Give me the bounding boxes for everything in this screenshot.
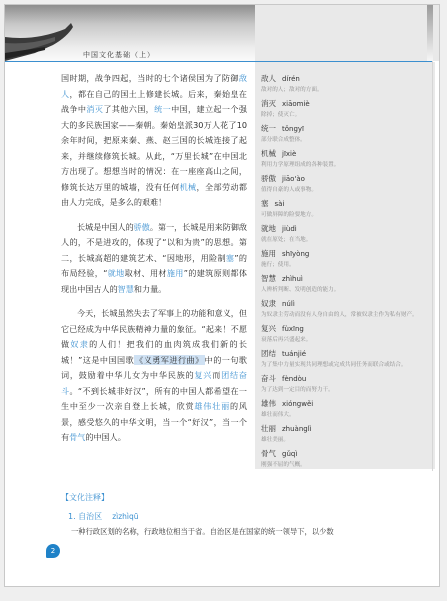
glossary-definition: 为了达到一定目的而努力干。 [261,385,433,396]
glossary-entry: 统一tǒngyī部分联合成整体。 [261,123,433,146]
glossary-word: 雄伟壮丽 [194,401,230,411]
glossary-entry: 塞sài可做屏障的险要地方。 [261,198,433,221]
header-edge-strip [427,5,433,61]
glossary-term: 施用shīyòng [261,248,433,260]
glossary-term: 团结tuánjié [261,348,433,360]
glossary-term-word: 统一 [261,124,276,133]
text-run: 了其他六国， [103,104,154,114]
text-run: 中国，建立起一个强大的多民族国家——秦朝。秦始皇派30万人花了10余年时间，把原… [61,104,247,192]
glossary-word: 奴隶 [70,339,89,349]
glossary-entry: 奴隶núlì为奴隶主劳动而没有人身自由的人，常被奴隶主作为私有财产。 [261,298,433,321]
glossary-term-pinyin: zhuànglì [282,425,312,433]
glossary-term-word: 奋斗 [261,374,276,383]
glossary-term-word: 复兴 [261,324,276,333]
glossary-definition: 衰落后再兴盛起来。 [261,335,433,346]
culture-note-text: 一种行政区划的名称，行政地位相当于省。自治区是在国家的统一领导下，以少数 [71,527,431,537]
glossary-term-word: 骄傲 [261,174,276,183]
glossary-term: 智慧zhìhuì [261,273,433,285]
glossary-term-word: 智慧 [261,274,276,283]
glossary-term-word: 骨气 [261,449,276,458]
glossary-definition: 雄壮而伟大。 [261,410,433,421]
glossary-term-pinyin: jīxiè [282,150,296,158]
glossary-entry: 壮丽zhuànglì雄壮美丽。 [261,423,433,446]
glossary-term: 统一tǒngyī [261,123,433,135]
glossary-term-word: 机械 [261,149,276,158]
glossary-definition: 施行；使用。 [261,260,433,271]
page-header-banner: 中国文化基础（上） [5,5,255,61]
glossary-term-word: 团结 [261,349,276,358]
glossary-term: 消灭xiāomiè [261,98,433,110]
glossary-entry: 团结tuánjié为了集中力量实现共同理想或完成共同任务而联合或结合。 [261,348,433,371]
glossary-term-pinyin: fùxīng [282,325,304,333]
glossary-term-pinyin: shīyòng [282,250,309,258]
glossary-definition: 人辨析判断、发明创造的能力。 [261,285,433,296]
text-run: 和力量。 [134,284,166,294]
culture-note-item: 1. 自治区zìzhìqū [68,511,139,522]
glossary-term-pinyin: zhìhuì [282,275,303,283]
glossary-definition: 就在原处；在当地。 [261,235,433,246]
glossary-definition: 雄壮美丽。 [261,435,433,446]
text-run: 而 [212,370,221,380]
glossary-definition: 为奴隶主劳动而没有人身自由的人，常被奴隶主作为私有财产。 [261,310,433,321]
glossary-term-pinyin: fèndòu [282,375,306,383]
glossary-entry: 雄伟xióngwěi雄壮而伟大。 [261,398,433,421]
body-paragraph: 今天，长城虽然失去了军事上的功能和意义，但它已经成为中华民族精神力量的象征。“起… [61,306,247,446]
glossary-list: 敌人dírén敌对的人；敌对的方面。消灭xiāomiè除掉；使灭亡。统一tǒng… [261,73,433,473]
glossary-definition: 刚强不屈的气概。 [261,460,433,471]
glossary-word: 施用 [167,268,184,278]
glossary-term: 复兴fùxīng [261,323,433,335]
glossary-definition: 可做屏障的险要地方。 [261,210,433,221]
header-right-panel [255,5,440,61]
glossary-term: 奴隶núlì [261,298,433,310]
glossary-term: 塞sài [261,198,433,210]
glossary-term-pinyin: núlì [282,300,295,308]
text-run: 的中国人。 [85,432,125,442]
glossary-entry: 机械jīxiè利用力学原理组成的各种装置。 [261,148,433,171]
glossary-term: 机械jīxiè [261,148,433,160]
body-paragraph: 国时期，战争四起，当时的七个诸侯国为了防御敌人，都在自己的国土上修建长城。后来，… [61,71,247,211]
text-run: 取材、用材 [125,268,167,278]
glossary-term-pinyin: sài [275,200,285,208]
glossary-definition: 为了集中力量实现共同理想或完成共同任务而联合或结合。 [261,360,433,371]
glossary-term-word: 消灭 [261,99,276,108]
glossary-word: 智慧 [118,284,134,294]
glossary-entry: 施用shīyòng施行；使用。 [261,248,433,271]
culture-note-pinyin: zìzhìqū [112,512,138,521]
glossary-term-pinyin: tǒngyī [282,125,304,133]
glossary-definition: 值得自豪的人或事物。 [261,185,433,196]
culture-notes-title: 【文化注释】 [61,492,109,503]
glossary-term-pinyin: xiāomiè [282,100,310,108]
glossary-word: 骨气 [69,432,85,442]
glossary-word: 就地 [107,268,124,278]
glossary-entry: 奋斗fèndòu为了达到一定目的而努力干。 [261,373,433,396]
glossary-term: 奋斗fèndòu [261,373,433,385]
glossary-definition: 除掉；使灭亡。 [261,110,433,121]
glossary-definition: 敌对的人；敌对的方面。 [261,85,433,96]
glossary-entry: 消灭xiāomiè除掉；使灭亡。 [261,98,433,121]
glossary-term-word: 施用 [261,249,276,258]
glossary-entry: 骄傲jiāo'ào值得自豪的人或事物。 [261,173,433,196]
glossary-term-pinyin: gǔqì [282,450,297,458]
glossary-entry: 敌人dírén敌对的人；敌对的方面。 [261,73,433,96]
text-run: 国时期，战争四起，当时的七个诸侯国为了防御 [61,73,239,83]
glossary-word: 统一 [154,104,171,114]
glossary-term-word: 敌人 [261,74,276,83]
glossary-term: 骨气gǔqì [261,448,433,460]
glossary-definition: 部分联合成整体。 [261,135,433,146]
glossary-term-word: 塞 [261,199,269,208]
book-title: 中国文化基础（上） [83,50,155,60]
textbook-page: 中国文化基础（上） 国时期，战争四起，当时的七个诸侯国为了防御敌人，都在自己的国… [4,4,440,587]
glossary-term-pinyin: jiāo'ào [282,175,305,183]
pavilion-roof-icon [5,23,85,63]
glossary-term-pinyin: tuánjié [282,350,306,358]
glossary-term-pinyin: jiùdì [282,225,297,233]
glossary-definition: 利用力学原理组成的各种装置。 [261,160,433,171]
glossary-term-word: 雄伟 [261,399,276,408]
glossary-term: 敌人dírén [261,73,433,85]
glossary-term: 骄傲jiāo'ào [261,173,433,185]
glossary-entry: 智慧zhìhuì人辨析判断、发明创造的能力。 [261,273,433,296]
glossary-term-word: 壮丽 [261,424,276,433]
glossary-entry: 复兴fùxīng衰落后再兴盛起来。 [261,323,433,346]
glossary-term-word: 奴隶 [261,299,276,308]
glossary-term-word: 就地 [261,224,276,233]
glossary-term-pinyin: dírén [282,75,300,83]
glossary-term: 就地jiùdì [261,223,433,235]
glossary-entry: 就地jiùdì就在原处；在当地。 [261,223,433,246]
glossary-word: 骄傲 [134,222,150,232]
body-paragraph: 长城是中国人的骄傲。第一，长城是用来防御敌人的，不是进攻的，体现了“以和为贵”的… [61,220,247,298]
highlighted-title: 《义勇军进行曲》 [134,355,204,365]
glossary-word: 机械 [180,182,197,192]
glossary-word: 复兴 [194,370,212,380]
text-run: 长城是中国人的 [77,222,134,232]
page-number-badge: 2 [46,544,60,558]
glossary-term-pinyin: xióngwěi [282,400,313,408]
main-text: 国时期，战争四起，当时的七个诸侯国为了防御敌人，都在自己的国土上修建长城。后来，… [61,71,247,455]
glossary-word: 消灭 [86,104,103,114]
glossary-entry: 骨气gǔqì刚强不屈的气概。 [261,448,433,471]
glossary-term: 雄伟xióngwěi [261,398,433,410]
culture-note-label: 1. 自治区 [68,512,102,521]
glossary-term: 壮丽zhuànglì [261,423,433,435]
